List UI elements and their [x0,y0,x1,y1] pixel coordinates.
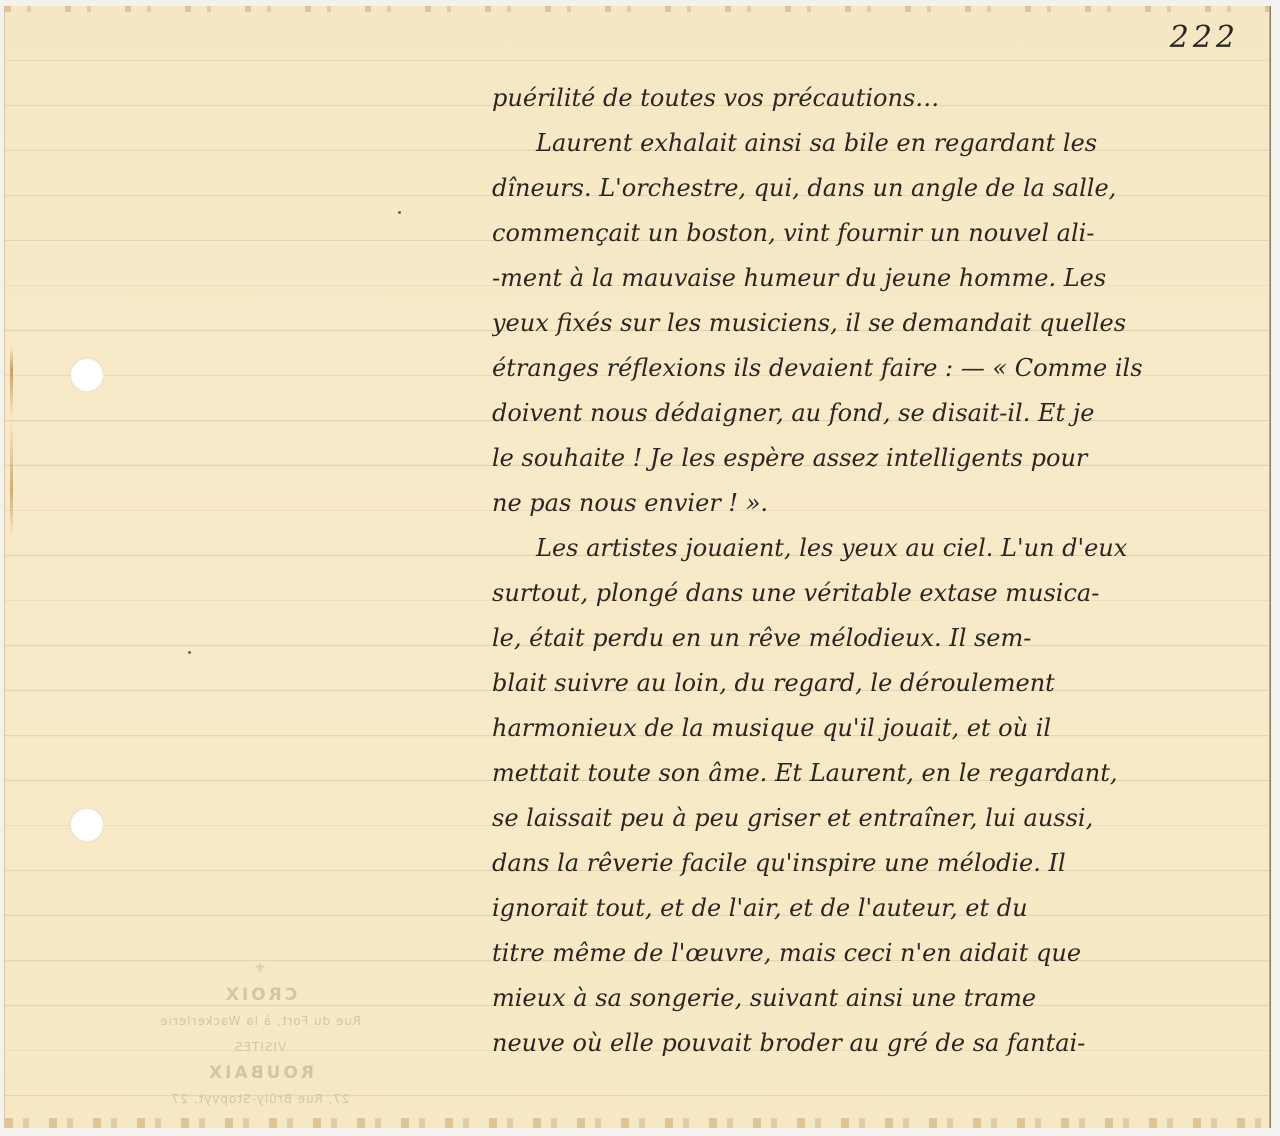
imprint-line: VISITES [115,1034,405,1060]
binder-hole-bottom [70,808,104,842]
text-line: -ment à la mauvaise humeur du jeune homm… [492,256,1262,301]
edge-stain [10,346,13,586]
text-line: dîneurs. L'orchestre, qui, dans un angle… [492,166,1262,211]
text-line: titre même de l'œuvre, mais ceci n'en ai… [492,931,1262,976]
ink-speck [398,211,401,214]
text-line: dans la rêverie facile qu'inspire une mé… [492,841,1262,886]
text-line: yeux fixés sur les musiciens, il se dema… [492,301,1262,346]
text-line: ne pas nous envier ! ». [492,481,1262,526]
binder-hole-top [70,358,104,392]
mirrored-letterhead-imprint: ⚜ CROIX Rue du Fort, à la Wackerlerie VI… [115,956,405,1112]
text-line: doivent nous dédaigner, au fond, se disa… [492,391,1262,436]
text-line: mettait toute son âme. Et Laurent, en le… [492,751,1262,796]
ink-speck [188,651,191,654]
text-line: harmonieux de la musique qu'il jouait, e… [492,706,1262,751]
text-line: le, était perdu en un rêve mélodieux. Il… [492,616,1262,661]
text-line: ignorait tout, et de l'air, et de l'aute… [492,886,1262,931]
text-line: blait suivre au loin, du regard, le déro… [492,661,1262,706]
imprint-line: Rue du Fort, à la Wackerlerie [115,1008,405,1034]
manuscript-page: 222 ⚜ CROIX Rue du Fort, à la Wackerleri… [5,6,1269,1128]
text-line: le souhaite ! Je les espère assez intell… [492,436,1262,481]
imprint-line: 27, Rue Brûly-Stopvyt, 27 [115,1086,405,1112]
text-line: étranges réflexions ils devaient faire :… [492,346,1262,391]
text-line: puérilité de toutes vos précautions… [492,76,1262,121]
imprint-line: CROIX [115,982,405,1008]
handwritten-text: puérilité de toutes vos précautions… Lau… [492,76,1262,1066]
text-line: neuve où elle pouvait broder au gré de s… [492,1021,1262,1066]
fleur-de-lis-icon: ⚜ [115,956,405,982]
text-line: Les artistes jouaient, les yeux au ciel.… [492,526,1262,571]
text-line: surtout, plongé dans une véritable extas… [492,571,1262,616]
text-line: se laissait peu à peu griser et entraîne… [492,796,1262,841]
text-line: mieux à sa songerie, suivant ainsi une t… [492,976,1262,1021]
text-line: commençait un boston, vint fournir un no… [492,211,1262,256]
text-line: Laurent exhalait ainsi sa bile en regard… [492,121,1262,166]
imprint-line: ROUBAIX [115,1060,405,1086]
page-number: 222 [1170,20,1239,55]
